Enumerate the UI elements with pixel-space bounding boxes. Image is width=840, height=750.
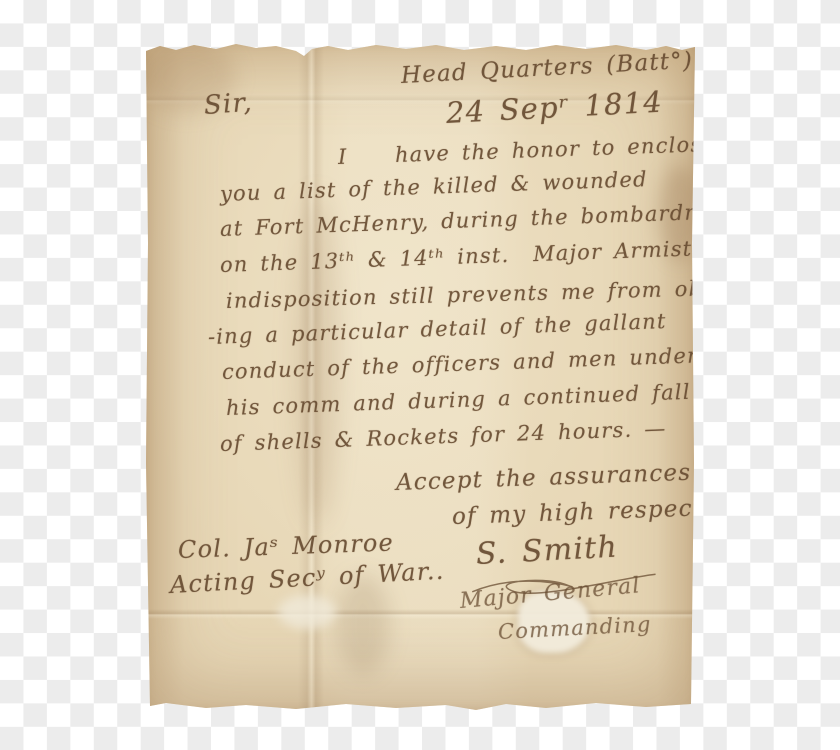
- addressee-name: Col. Jaˢ Monroe: [178, 530, 395, 562]
- transparency-checkerboard: Head Quarters (Batt°) 24 Sepʳ 1814 Sir, …: [0, 0, 840, 750]
- body-line: conduct of the officers and men under: [222, 345, 699, 383]
- letter-paper: Head Quarters (Batt°) 24 Sepʳ 1814 Sir, …: [146, 43, 695, 710]
- body-line: -ing a particular detail of the gallant: [208, 311, 667, 348]
- stain-bottom-smudge: [336, 575, 390, 675]
- body-line: his comm and during a continued fall: [226, 382, 691, 419]
- body-line: indisposition still prevents me from obt…: [226, 277, 758, 312]
- stain-white-patch-small: [278, 595, 336, 629]
- body-line: at Fort McHenry, during the bombardment: [220, 201, 744, 240]
- closing-line: Accept the assurances: [396, 462, 692, 495]
- body-line: I have the honor to enclose: [338, 134, 717, 168]
- heading-place: Head Quarters (Batt°): [400, 50, 693, 88]
- body-line: on the 13ᵗʰ & 14ᵗʰ inst. Major Armistead…: [220, 237, 747, 276]
- salutation: Sir,: [203, 90, 253, 119]
- heading-date: 24 Sepʳ 1814: [445, 88, 663, 128]
- signature-role: Commanding: [497, 614, 652, 643]
- body-line: you a list of the killed & wounded: [220, 169, 648, 205]
- signature-name: S. Smith: [475, 533, 619, 570]
- body-line: of shells & Rockets for 24 hours. —: [220, 418, 667, 455]
- closing-line: of my high respect: [452, 497, 704, 529]
- addressee-title: Acting Secʸ of War..: [169, 559, 445, 597]
